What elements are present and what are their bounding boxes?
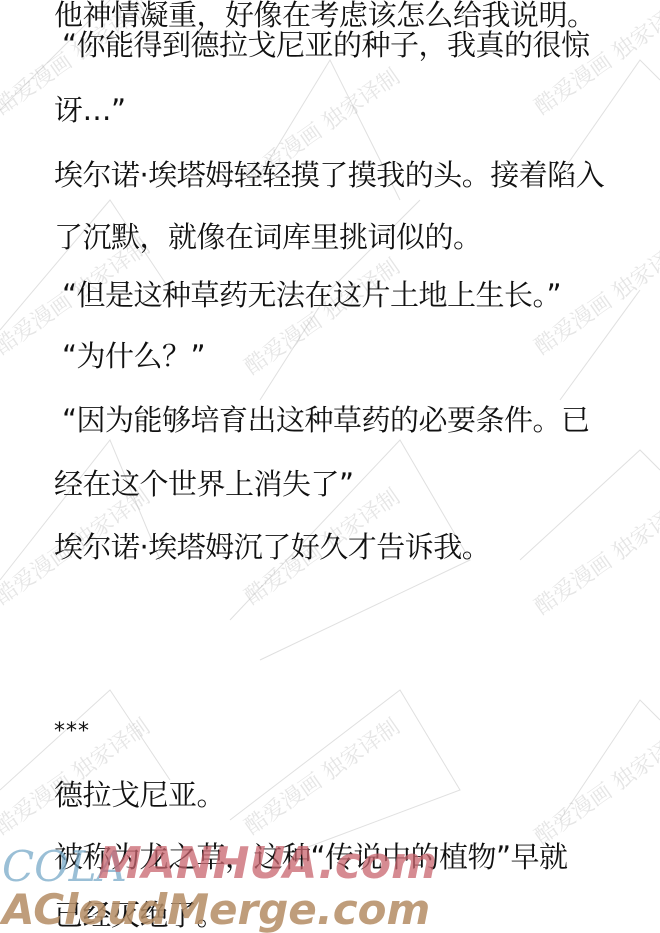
text-line: 经在这个世界上消失了” [54,467,354,501]
site-watermark-acloudmerge: ACloudMerge.com [2,885,430,933]
text-line: “你能得到德拉戈尼亚的种子，我真的很惊 [62,28,590,62]
text-line: 埃尔诺·埃塔姆沉了好久才告诉我。 [54,530,490,564]
text-line: “为什么？” [62,339,205,373]
text-line: “因为能够培育出这种草药的必要条件。已 [62,403,590,437]
site-watermark-manhua: MANHUA.com [98,838,437,889]
text-line: 埃尔诺·埃塔姆轻轻摸了摸我的头。接着陷入 [54,158,604,192]
text-line: 讶…” [54,93,126,127]
text-line: 德拉戈尼亚。 [54,778,225,812]
text-line: 了沉默，就像在词库里挑词似的。 [54,220,482,254]
scene-break-stars: *** [54,715,90,749]
text-line: “但是这种草药无法在这片土地上生长。” [62,278,561,312]
novel-page: 酷爱漫画 独家译制 酷爱漫画 独家译制 酷爱漫画 独家译制 酷爱漫画 独家译制 … [0,0,660,933]
